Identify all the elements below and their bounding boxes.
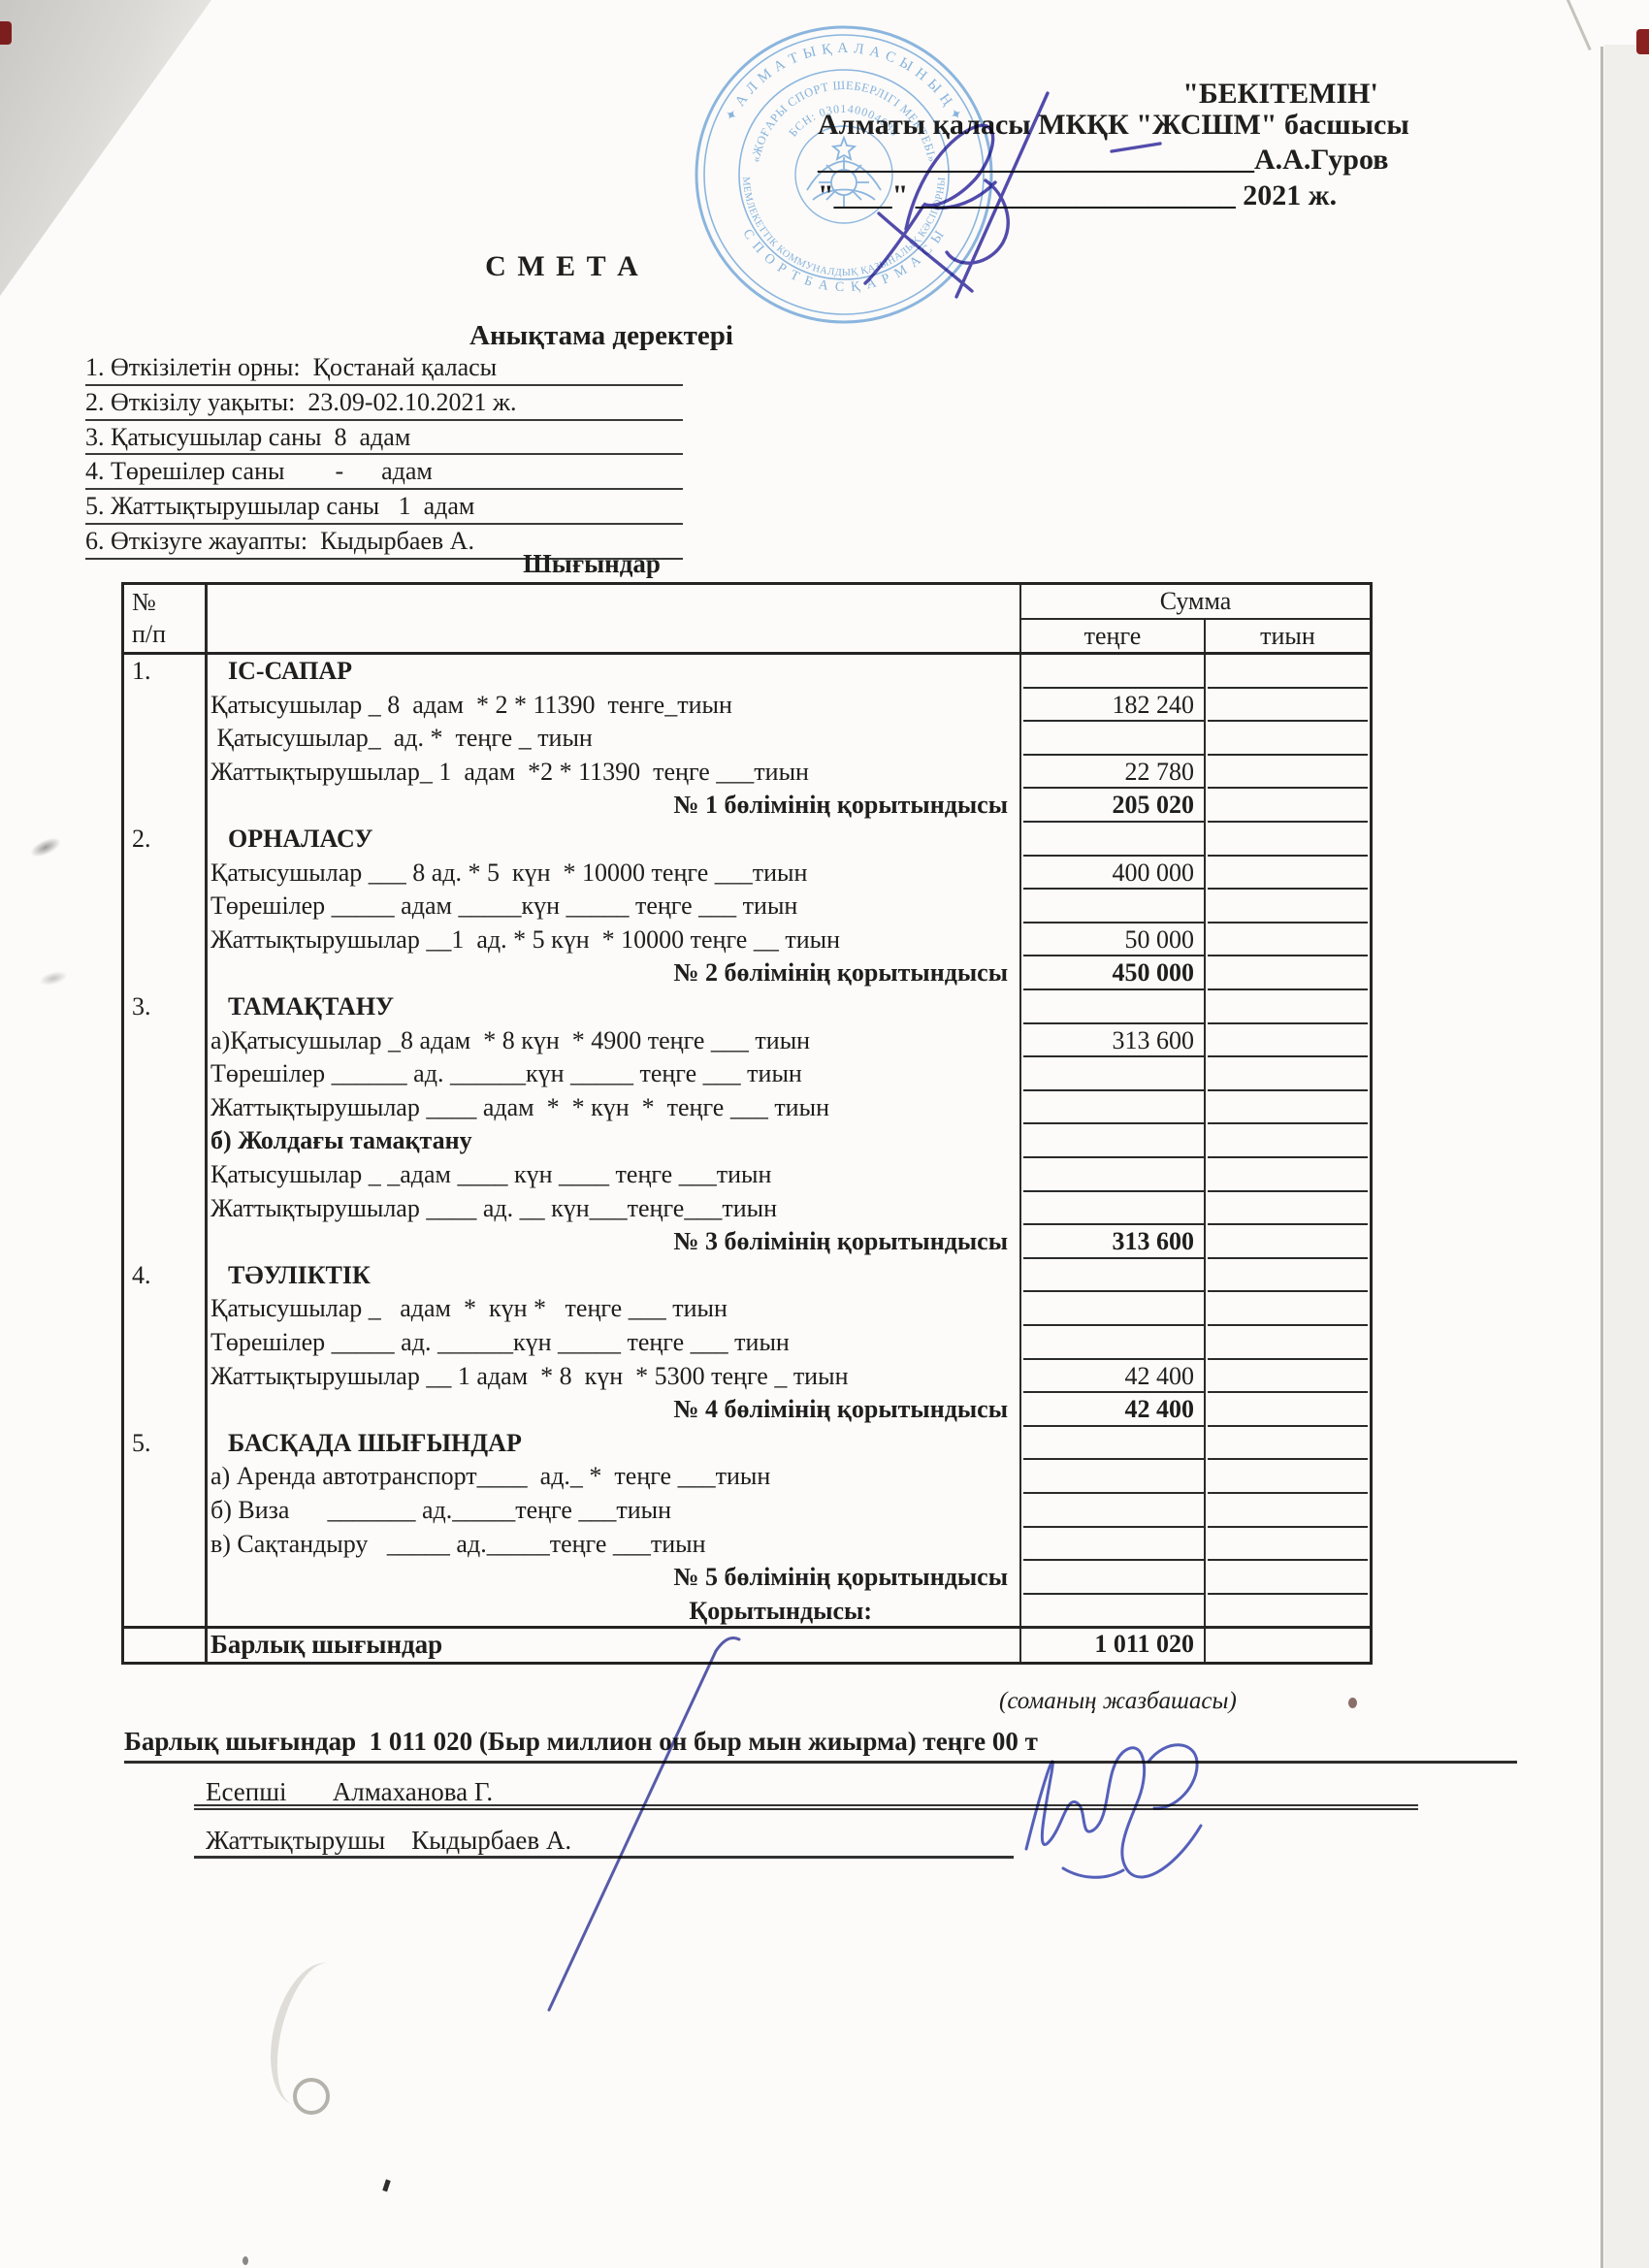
row-description: Жаттықтырушылар ____ адам * * күн * теңг… [207,1091,1018,1125]
row-amount-tiyn [1208,689,1368,723]
info-item: 2. Өткізілу уақыты: 23.09-02.10.2021 ж. [85,386,683,421]
row-amount-tiyn [1208,1360,1368,1394]
row-description: Қатысушылар _ адам * күн * теңге ___ тиы… [207,1292,1018,1326]
row-description: а)Қатысушылар _8 адам * 8 күн * 4900 тең… [207,1024,1018,1058]
row-amount-tenge: 313 600 [1023,1024,1204,1058]
scan-page-edge-shade [1604,45,1649,2268]
row-amount-tenge [1023,1124,1204,1158]
document-subtitle: Анықтама деректері [359,320,844,352]
row-amount-tiyn [1208,823,1368,857]
row-description: Қатысушылар _ 8 адам * 2 * 11390 тенге_т… [207,689,1018,723]
row-amount-tenge: 50 000 [1023,923,1204,957]
row-amount-tiyn [1208,1225,1368,1259]
row-amount-tiyn [1208,1124,1368,1158]
row-description: б) Виза _______ ад._____теңге ___тиын [207,1494,1018,1528]
row-description: № 2 бөлімінің қорытындысы [207,956,1018,990]
scan-red-mark-left [0,21,12,45]
row-description: б) Жолдағы тамақтану [207,1124,1018,1158]
row-amount-tenge [1023,722,1204,756]
row-amount-tiyn [1208,890,1368,923]
row-amount-tiyn [1208,1460,1368,1494]
row-amount-tenge: 400 000 [1023,857,1204,891]
row-amount-tenge [1023,1057,1204,1091]
row-description: Төрешілер _____ ад. ______күн _____ теңг… [207,1326,1018,1360]
row-amount-tiyn [1208,1024,1368,1058]
row-description: № 5 бөлімінің қорытындысы [207,1561,1018,1595]
row-description: Жаттықтырушылар __ 1 адам * 8 күн * 5300… [207,1360,1018,1394]
row-description: в) Сақтандыру _____ ад._____теңге ___тиы… [207,1528,1018,1562]
row-description: Қорытындысы: [207,1595,1018,1629]
expenses-section-title: Шығындар [310,549,873,579]
row-amount-tenge [1023,1326,1204,1360]
scan-red-mark-right [1636,29,1649,54]
row-amount-tenge [1023,1460,1204,1494]
row-description: Жаттықтырушылар_ 1 адам *2 * 11390 теңге… [207,756,1018,790]
column-header-tenge: теңге [1021,620,1204,653]
row-number: 3. [132,990,200,1024]
row-amount-tenge: 42 400 [1023,1360,1204,1394]
row-amount-tiyn [1208,923,1368,957]
footer-signatures [524,1630,1261,2076]
scan-smudge [382,2180,390,2192]
scan-corner-fold [0,0,213,297]
column-header-no: № п/п [132,586,166,650]
row-description: БАСҚАДА ШЫҒЫНДАР [207,1427,1018,1461]
row-amount-tiyn [1208,1192,1368,1226]
row-description: ОРНАЛАСУ [207,823,1018,857]
scan-smudge [242,2256,248,2265]
row-amount-tenge [1023,1528,1204,1562]
row-amount-tenge: 22 780 [1023,756,1204,790]
row-description: Төрешілер _____ адам _____күн _____ теңг… [207,890,1018,923]
row-amount-tenge [1023,1292,1204,1326]
row-amount-tenge [1023,1494,1204,1528]
info-item: 4. Төрешілер саны - адам [85,455,683,490]
row-amount-tiyn [1208,789,1368,823]
row-amount-tiyn [1208,1158,1368,1192]
row-amount-tiyn [1208,990,1368,1024]
document-title: С М Е Т А [388,250,737,283]
row-amount-tenge [1023,990,1204,1024]
row-amount-tiyn [1208,956,1368,990]
row-amount-tiyn [1208,1595,1368,1629]
header-no-symbol: № [132,586,166,618]
row-amount-tenge [1023,1561,1204,1595]
row-amount-tiyn [1208,1494,1368,1528]
row-number: 1. [132,655,200,689]
row-amount-tenge [1023,1158,1204,1192]
table-vline-sum [1019,585,1021,1662]
row-amount-tenge: 182 240 [1023,689,1204,723]
row-amount-tenge: 450 000 [1023,956,1204,990]
row-description: ІС-САПАР [207,655,1018,689]
row-description: № 4 бөлімінің қорытындысы [207,1393,1018,1427]
info-item: 1. Өткізілетін орны: Қостанай қаласы [85,351,683,386]
row-amount-tenge [1023,1192,1204,1226]
info-list: 1. Өткізілетін орны: Қостанай қаласы2. Ө… [85,351,683,560]
row-amount-tenge: 313 600 [1023,1225,1204,1259]
row-number: 2. [132,823,200,857]
scan-smudge [293,2078,330,2115]
table-vline-tiyn [1204,618,1206,1662]
scan-smudge [38,968,69,988]
row-amount-tiyn [1208,1326,1368,1360]
row-description: ТӘУЛІКТІК [207,1259,1018,1293]
row-amount-tenge: 205 020 [1023,789,1204,823]
row-number: 4. [132,1259,200,1293]
row-amount-tiyn [1208,1393,1368,1427]
row-description: Төрешілер ______ ад. ______күн _____ тең… [207,1057,1018,1091]
row-amount-tiyn [1208,1427,1368,1461]
row-amount-tiyn [1208,1259,1368,1293]
row-amount-tiyn [1208,655,1368,689]
row-description: ТАМАҚТАНУ [207,990,1018,1024]
info-item: 3. Қатысушылар саны 8 адам [85,421,683,456]
row-description: Қатысушылар ___ 8 ад. * 5 күн * 10000 те… [207,857,1018,891]
director-signature [805,58,1212,349]
expenses-table: № п/п Сумма теңге тиын 1.ІС-САПАРҚатысуш… [121,582,1373,1665]
row-description: а) Аренда автотранспорт____ ад._ * теңге… [207,1460,1018,1494]
scan-smudge [1348,1698,1357,1708]
row-amount-tiyn [1208,1292,1368,1326]
scanned-document-page: ✦ А Л М А Т Ы Қ А Л А С Ы Н Ы Ң ✦ С П О … [0,0,1649,2268]
info-item: 5. Жаттықтырушылар саны 1 адам [85,490,683,525]
column-header-tiyn: тиын [1206,620,1370,653]
column-header-sum: Сумма [1021,585,1370,620]
scan-smudge [27,834,63,861]
row-amount-tiyn [1208,1561,1368,1595]
row-amount-tenge [1023,655,1204,689]
row-amount-tenge [1023,1091,1204,1125]
scan-page-edge-line [1600,47,1603,2268]
row-amount-tiyn [1208,1528,1368,1562]
row-amount-tenge [1023,823,1204,857]
row-amount-tiyn [1208,857,1368,891]
row-description: Қатысушылар _ _адам ____ күн ____ теңге … [207,1158,1018,1192]
row-description: № 1 бөлімінің қорытындысы [207,789,1018,823]
row-description: Жаттықтырушылар __1 ад. * 5 күн * 10000 … [207,923,1018,957]
row-amount-tenge [1023,1259,1204,1293]
row-amount-tiyn [1208,1057,1368,1091]
row-description: Қатысушылар_ ад. * теңге _ тиын [207,722,1018,756]
row-amount-tenge [1023,1595,1204,1629]
header-no-pp: п/п [132,618,166,650]
scan-page-edge-diagonal [1566,0,1591,50]
row-amount-tiyn [1208,756,1368,790]
row-amount-tenge: 42 400 [1023,1393,1204,1427]
row-amount-tiyn [1208,1091,1368,1125]
row-description: № 3 бөлімінің қорытындысы [207,1225,1018,1259]
row-number: 5. [132,1427,200,1461]
row-amount-tiyn [1208,722,1368,756]
row-amount-tenge [1023,890,1204,923]
row-description: Жаттықтырушылар ____ ад. __ күн___теңге_… [207,1192,1018,1226]
row-amount-tenge [1023,1427,1204,1461]
